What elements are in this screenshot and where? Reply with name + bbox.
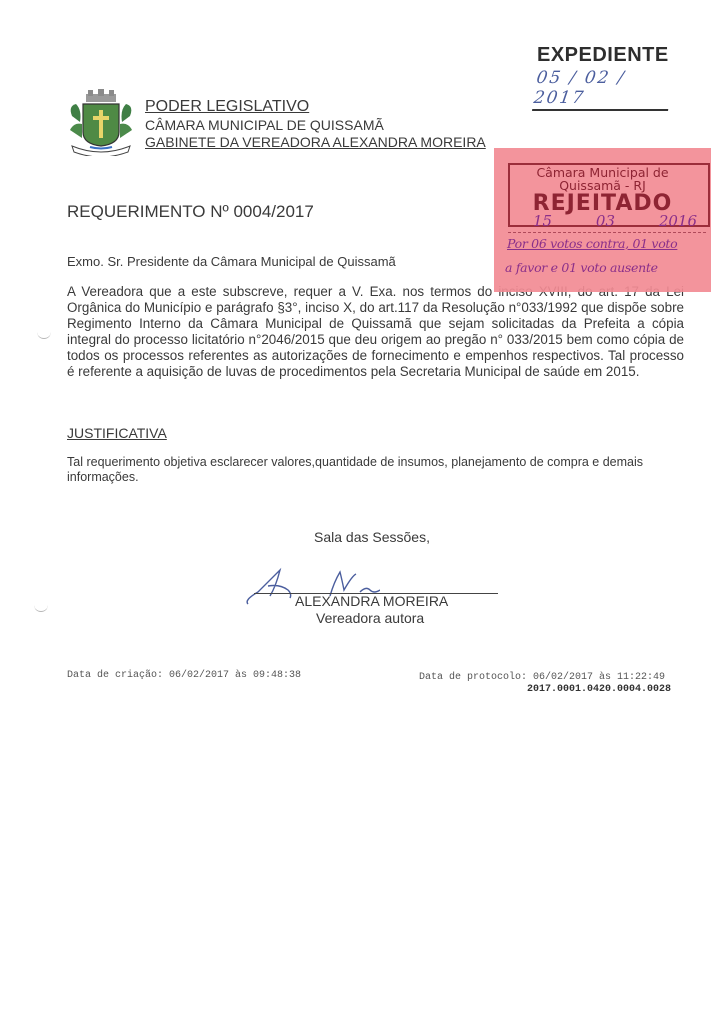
protocol-date: Data de protocolo: 06/02/2017 às 11:22:4…: [419, 672, 665, 683]
stamp-year: 2016: [651, 212, 705, 230]
salutation: Exmo. Sr. Presidente da Câmara Municipal…: [67, 254, 396, 269]
signer-role: Vereadora autora: [316, 610, 424, 626]
hole-punch-mark: [34, 603, 48, 612]
header-legislative-power: PODER LEGISLATIVO: [145, 98, 309, 116]
header-city-council: CÂMARA MUNICIPAL DE QUISSAMÃ: [145, 117, 384, 133]
stamp-day: 15: [525, 212, 560, 230]
expediente-label: EXPEDIENTE: [537, 44, 669, 67]
request-body: A Vereadora que a este subscreve, requer…: [67, 284, 684, 380]
expediente-date-handwritten: 05 / 02 / 2017: [532, 68, 674, 111]
stamp-vote-note-line2: a favor e 01 voto ausente: [505, 260, 710, 275]
justification-heading: JUSTIFICATIVA: [67, 425, 167, 441]
protocol-number: 2017.0001.0420.0004.0028: [527, 684, 671, 695]
hole-punch-mark: [37, 330, 51, 339]
creation-date: Data de criação: 06/02/2017 às 09:48:38: [67, 670, 301, 681]
stamp-date-line: [508, 232, 706, 233]
closing-text: Sala das Sessões,: [314, 529, 430, 545]
signer-name: ALEXANDRA MOREIRA: [295, 593, 448, 609]
stamp-vote-note-line1: Por 06 votos contra, 01 voto: [507, 236, 707, 251]
coat-of-arms-icon: [66, 88, 136, 156]
header-councilwoman-office: GABINETE DA VEREADORA ALEXANDRA MOREIRA: [145, 134, 486, 150]
document-title: REQUERIMENTO Nº 0004/2017: [67, 202, 314, 222]
stamp-month: 03: [588, 212, 623, 230]
stamp-date: 15 03 2016: [525, 212, 705, 230]
justification-text: Tal requerimento objetiva esclarecer val…: [67, 455, 687, 485]
